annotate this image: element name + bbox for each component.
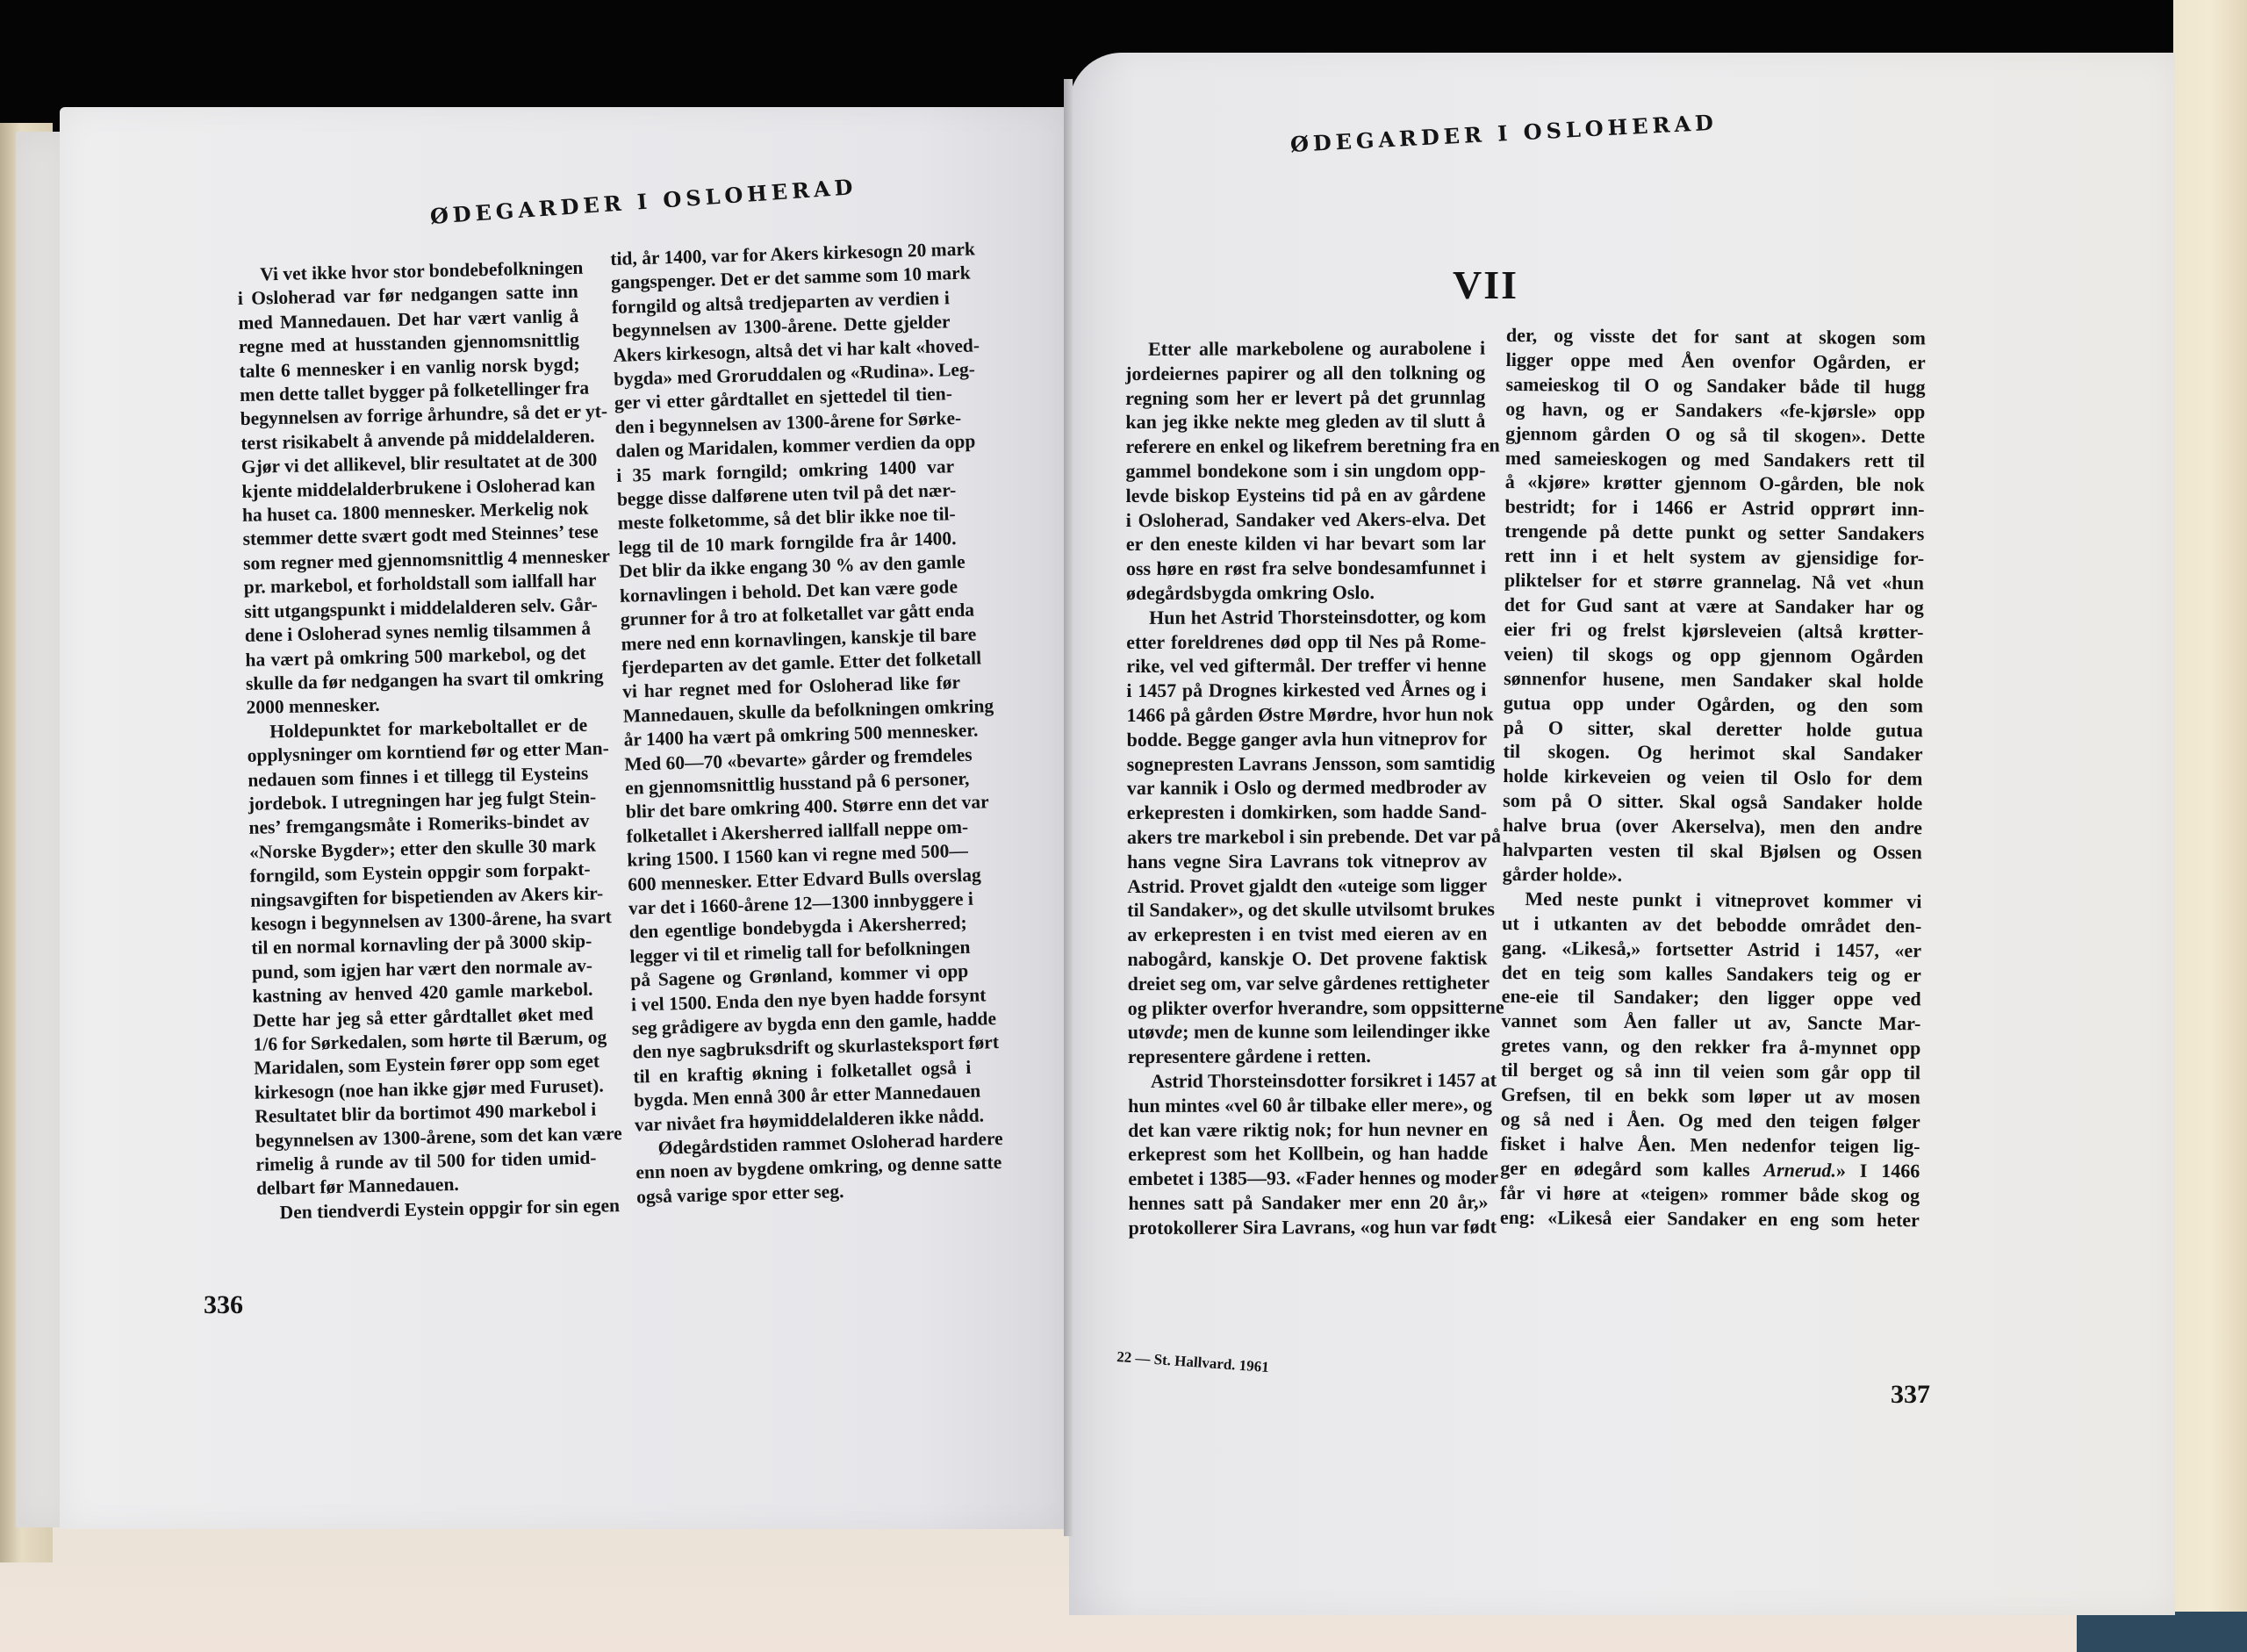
text-line: det kan være riktig nok; for hun nevner … — [1128, 1117, 1488, 1142]
text-line: hennes satt på Sandaker mer enn 20 år,» — [1128, 1189, 1488, 1215]
text-line: som på O sitter. Skal også Sandaker hold… — [1503, 788, 1922, 815]
text-line: etter foreldrenes død opp til Nes på Rom… — [1126, 628, 1486, 654]
text-line: og plikter overfor hverandre, som oppsit… — [1128, 995, 1488, 1020]
text-line: hans vegne Sira Lavrans tok vitneprov av — [1127, 848, 1487, 873]
text-line: og havn, og er Sandakers «fe-kjørsle» op… — [1505, 397, 1925, 424]
text-line: 1466 på gården Østre Mørdre, hvor hun no… — [1126, 702, 1486, 728]
text-line: hun mintes «vel 60 år tilbake eller mere… — [1128, 1092, 1488, 1117]
text-line: og så ned i Åen. Og med den teigen følge… — [1501, 1107, 1920, 1134]
text-line: til skogen. Og herimot skal Sandaker — [1503, 739, 1922, 766]
text-line: gang. «Likeså,» fortsetter Astrid i 1457… — [1502, 936, 1921, 963]
text-line: ligger oppe med Åen ovenfor Ogården, er — [1506, 348, 1926, 375]
text-line: ut i utkanten av det bebodde området den… — [1502, 911, 1921, 938]
text-line: ger en ødegård som kalles Arnerud.» I 14… — [1500, 1156, 1920, 1183]
text-line: ene-eie til Sandaker; den ligger oppe ve… — [1502, 984, 1921, 1011]
text-line: Astrid Thorsteinsdotter forsikret i 1457… — [1128, 1067, 1488, 1093]
text-line: gjennom gården O og så til skogen». Dett… — [1505, 421, 1925, 449]
text-line: akers tre markebol i sin prebende. Det v… — [1127, 824, 1487, 850]
text-line: er den eneste kilden vi har bevart som l… — [1126, 531, 1486, 557]
text-line: erkeprest som het Kollbein, og han hadde — [1128, 1141, 1488, 1167]
text-line: protokollerer Sira Lavrans, «og hun var … — [1128, 1214, 1488, 1239]
text-line: kan jeg ikke nekte meg gleden av til slu… — [1125, 409, 1485, 435]
text-line: eier fri og frelst kjørsleveien (altså k… — [1504, 617, 1923, 644]
text-line: gårder holde». — [1503, 862, 1922, 889]
text-line: embetet i 1385—93. «Fader hennes og mode… — [1128, 1166, 1488, 1191]
text-line: holde kirkeveien og veien til Oslo for d… — [1503, 764, 1922, 791]
text-line: trengende på dette punkt og setter Sanda… — [1504, 519, 1924, 546]
text-line: regning som her er levert på det grunnla… — [1125, 384, 1485, 410]
text-line: halvparten vesten til skal Bjølsen og Os… — [1503, 837, 1922, 865]
text-line: får vi høre at «teigen» rommer både skog… — [1500, 1181, 1920, 1208]
text-line: jordeiernes papirer og all den tolkning … — [1125, 360, 1485, 385]
text-line: oss høre en røst fra selve bondesamfunne… — [1126, 556, 1486, 581]
text-line: Grefsen, til en bekk som løper ut av mos… — [1501, 1082, 1920, 1110]
book-cover-right-edge — [2173, 0, 2247, 1652]
text-line: gammel bondekone som i sin ungdom opp- — [1125, 458, 1485, 484]
left-page-number: 336 — [204, 1290, 243, 1320]
book-spine-gutter — [1064, 79, 1073, 1536]
text-line: å «kjøre» krøtter gjennom O-gården, ble … — [1505, 470, 1925, 497]
text-line: med sameieskogen og med Sandakers rett t… — [1505, 446, 1925, 473]
right-page-column-1: Etter alle markebolene og aurabolene ijo… — [1125, 336, 1489, 1240]
text-line: til Sandaker», og det skulle utvilsomt b… — [1127, 897, 1487, 923]
text-line: Etter alle markebolene og aurabolene i — [1125, 336, 1485, 362]
text-line: pliktelser for et større grannelag. Nå v… — [1504, 568, 1924, 595]
text-line: vannet som Åen faller ut av, Sancte Mar- — [1501, 1009, 1920, 1036]
text-line: nabogård, kanskje O. Det provene faktisk — [1127, 945, 1487, 971]
text-line: utøvde; men de kunne som leilendinger ik… — [1128, 1019, 1488, 1045]
text-line: bodde. Begge ganger avla hun vitneprov f… — [1127, 726, 1487, 751]
text-line: til berget og så inn til veien som går o… — [1501, 1058, 1920, 1085]
text-line: dreiet seg om, var selve gårdenes rettig… — [1128, 970, 1488, 995]
text-line: rett inn i et helt system av gjensidige … — [1504, 543, 1924, 571]
text-line: i Osloherad, Sandaker ved Akers-elva. De… — [1126, 506, 1486, 532]
text-line: det for Gud sant at være at Sandaker har… — [1504, 593, 1924, 620]
text-line: Med neste punkt i vitneprovet kommer vi — [1502, 887, 1921, 914]
text-line: gretes vann, og den rekker fra å-mynnet … — [1501, 1033, 1920, 1060]
text-line: det en teig som kalles Sandakers teig og… — [1502, 960, 1921, 988]
text-line: eng: «Likeså eier Sandaker en eng som he… — [1500, 1205, 1920, 1232]
text-line: Astrid. Provet gjaldt den «uteige som li… — [1127, 873, 1487, 898]
text-line: referere en enkel og likefrem beretning … — [1125, 434, 1485, 459]
text-line: levde biskop Eysteins tid på en av gårde… — [1126, 482, 1486, 507]
text-line: i 1457 på Drognes kirkested ved Årnes og… — [1126, 678, 1486, 703]
text-line: der, og visste det for sant at skogen so… — [1506, 323, 1926, 350]
text-line: rike, vel ved giftermål. Der treffer vi … — [1126, 653, 1486, 679]
text-line: representere gårdene i retten. — [1128, 1044, 1488, 1069]
text-line: bestridt; for i 1466 er Astrid opprørt i… — [1504, 494, 1924, 521]
text-line: sognepresten Lavrans Jensson, som samtid… — [1127, 751, 1487, 776]
chapter-number: VII — [1453, 262, 1518, 308]
right-page-number: 337 — [1891, 1380, 1930, 1410]
text-line: på O sitter, skal deretter holde gutua — [1504, 715, 1923, 742]
text-line: halve brua (over Akerselva), men den and… — [1503, 813, 1922, 840]
book-cover-corner — [2077, 1612, 2247, 1652]
text-line: veien) til skogs og opp gjennom Ogården — [1504, 642, 1923, 669]
text-line: erkepresten i domkirken, som hadde Sand- — [1127, 800, 1487, 825]
text-line: sameieskog til O og Sandaker både til hu… — [1505, 372, 1925, 399]
text-line: gutua opp under Ogården, og den som — [1504, 691, 1923, 718]
text-line: var kannik i Oslo og dermed medbroder av — [1127, 775, 1487, 801]
text-line: ødegårdsbygda omkring Oslo. — [1126, 580, 1486, 606]
text-line: av erkepresten i en tvist med eieren av … — [1127, 922, 1487, 947]
text-line: Hun het Astrid Thorsteinsdotter, og kom — [1126, 604, 1486, 629]
right-page-column-2: der, og visste det for sant at skogen so… — [1500, 323, 1926, 1232]
text-line: sønnenfor husene, men Sandaker skal hold… — [1504, 666, 1923, 693]
text-line: fisket i halve Åen. Men nedenfor teigen … — [1500, 1131, 1920, 1159]
left-page-column-1: Vi vet ikke hvor stor bondebefolkningeni… — [237, 256, 598, 1225]
left-page-column-2: tid, år 1400, var for Akers kirkesogn 20… — [610, 238, 974, 1210]
